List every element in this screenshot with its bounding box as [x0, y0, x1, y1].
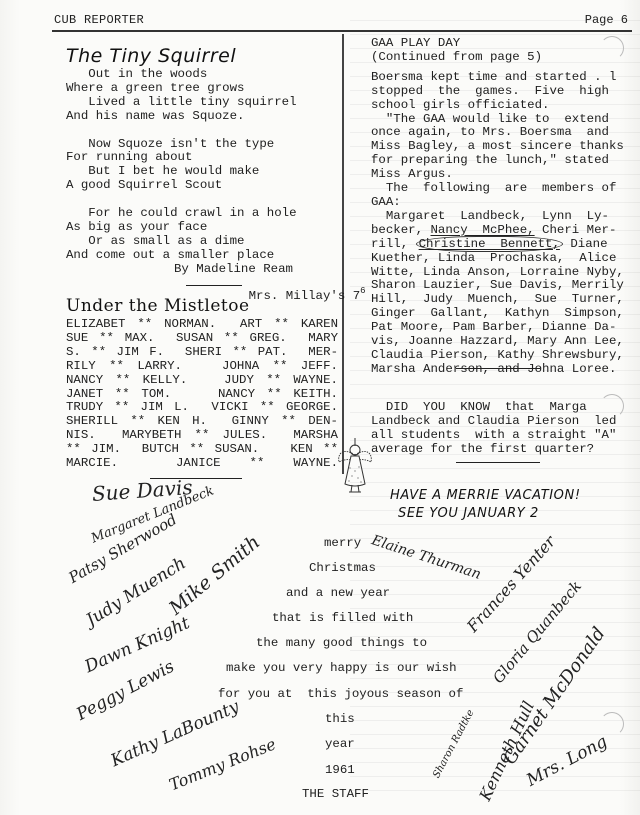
- staff-signoff: THE STAFF: [302, 788, 369, 802]
- squirrel-poem: Out in the woods Where a green tree grow…: [66, 68, 341, 319]
- poem-line: Now Squoze isn't the type: [66, 138, 341, 152]
- mistletoe-title: Under the Mistletoe: [66, 296, 250, 316]
- mistletoe-line: ** JIM. BUTCH ** SUSAN. KEN **: [66, 443, 338, 457]
- mistletoe-line: NANCY ** KELLY. JUDY ** WAYNE.: [66, 374, 338, 388]
- section-rule: [456, 462, 540, 463]
- punch-hole-mark: [600, 36, 624, 60]
- vacation-line-2: SEE YOU JANUARY 2: [390, 505, 581, 523]
- greeting-line: that is filled with: [272, 612, 413, 626]
- greeting-line: year: [325, 738, 355, 752]
- page-number: Page 6: [585, 14, 628, 28]
- gaa-title: GAA PLAY DAY: [371, 37, 619, 51]
- gaa-line: Sharon Lauzier, Sue Davis, Merrily: [371, 279, 619, 293]
- mistletoe-line: RILY ** LARRY. JOHNA ** JEFF.: [66, 360, 338, 374]
- mistletoe-line: JANET ** TOM. NANCY ** KEITH.: [66, 388, 338, 402]
- mistletoe-line: SHERILL ** KEN H. GINNY ** DEN-: [66, 415, 338, 429]
- signature: Mrs. Long: [523, 732, 610, 791]
- gaa-line: GAA:: [371, 196, 619, 210]
- gaa-line: Miss Argus.: [371, 168, 619, 182]
- vacation-line-1: HAVE A MERRIE VACATION!: [390, 487, 581, 505]
- mistletoe-line: SUE ** MAX. SUSAN ** GREG. MARY: [66, 332, 338, 346]
- mistletoe-line: TRUDY ** JIM L. VICKI ** GEORGE.: [66, 401, 338, 415]
- greeting-line: and a new year: [286, 587, 390, 601]
- section-rule: [456, 368, 540, 369]
- dyk-line: average for the first quarter?: [371, 443, 621, 457]
- poem-line: A good Squirrel Scout: [66, 179, 341, 193]
- signature: Elaine Thurman: [370, 532, 483, 582]
- poem-line: Where a green tree grows: [66, 82, 341, 96]
- mistletoe-line: MARCIE. JANICE ** WAYNE.: [66, 457, 338, 471]
- gaa-line: Miss Bagley, a most sincere thanks: [371, 140, 619, 154]
- gaa-continued: (Continued from page 5): [371, 51, 619, 65]
- publication-title: CUB REPORTER: [54, 14, 144, 28]
- vacation-message: HAVE A MERRIE VACATION! SEE YOU JANUARY …: [390, 487, 581, 523]
- poem-line: And his name was Squoze.: [66, 110, 341, 124]
- greeting-line: make you very happy is our wish: [226, 662, 457, 676]
- newsletter-page: CUB REPORTER Page 6 The Tiny Squirrel Ou…: [0, 0, 640, 815]
- poem-line: Lived a little tiny squirrel: [66, 96, 341, 110]
- did-you-know: DID YOU KNOW that Marga Landbeck and Cla…: [371, 401, 621, 457]
- gaa-line-bennett: rill, Christine Bennett, Diane: [371, 238, 619, 252]
- gaa-line: vis, Joanne Hazzard, Mary Ann Lee,: [371, 335, 619, 349]
- gaa-line: for preparing the lunch," stated: [371, 154, 619, 168]
- signature: Sharon Radtke: [431, 708, 476, 780]
- greeting-line: 1961: [325, 764, 355, 778]
- circled-name: Christine Bennett,: [416, 236, 563, 252]
- poem-line: Out in the woods: [66, 68, 341, 82]
- underlined-name: Nancy McPhee,: [431, 223, 535, 237]
- gaa-line: "The GAA would like to extend: [371, 113, 619, 127]
- punch-hole-mark: [600, 394, 624, 418]
- gaa-line: Boersma kept time and started . l: [371, 71, 619, 85]
- gaa-line: Margaret Landbeck, Lynn Ly-: [371, 210, 619, 224]
- poem-class-label: Mrs. Millay's 7: [249, 289, 361, 303]
- mistletoe-line: ELIZABET ** NORMAN. ART ** KAREN: [66, 318, 338, 332]
- greeting-line: Christmas: [309, 562, 376, 576]
- poem-class-superscript: 6: [360, 286, 365, 296]
- gaa-line: once again, to Mrs. Boersma and: [371, 126, 619, 140]
- section-rule: [186, 285, 242, 286]
- poem-line: For he could crawl in a hole: [66, 207, 341, 221]
- punch-hole-mark: [600, 712, 624, 736]
- gaa-line: Pat Moore, Pam Barber, Dianne Da-: [371, 321, 619, 335]
- mistletoe-line: NIS. MARYBETH ** JULES. MARSHA: [66, 429, 338, 443]
- gaa-line: Marsha Anderson, and Johna Loree.: [371, 363, 619, 377]
- greeting-line: merry: [324, 537, 361, 551]
- greeting-line: this: [325, 713, 355, 727]
- gaa-line: school girls officiated.: [371, 99, 619, 113]
- dyk-line: DID YOU KNOW that Marga: [371, 401, 621, 415]
- signature: Tommy Rohse: [166, 734, 278, 794]
- angel-icon: [333, 438, 377, 494]
- mistletoe-list: ELIZABET ** NORMAN. ART ** KAREN SUE ** …: [66, 318, 338, 471]
- header-rule: [52, 30, 632, 32]
- gaa-line: Ginger Gallant, Kathyn Simpson,: [371, 307, 619, 321]
- greeting-line: for you at this joyous season of: [218, 688, 463, 702]
- dyk-line: all students with a straight "A": [371, 429, 621, 443]
- gaa-line: Witte, Linda Anson, Lorraine Nyby,: [371, 266, 619, 280]
- gaa-line: Kuether, Linda Prochaska, Alice: [371, 252, 619, 266]
- gaa-line: stopped the games. Five high: [371, 85, 619, 99]
- gaa-line: Hill, Judy Muench, Sue Turner,: [371, 293, 619, 307]
- poem-line: But I bet he would make: [66, 165, 341, 179]
- poem-line: For running about: [66, 151, 341, 165]
- dyk-line: Landbeck and Claudia Pierson led: [371, 415, 621, 429]
- gaa-line: The following are members of: [371, 182, 619, 196]
- poem-line: Or as small as a dime: [66, 235, 341, 249]
- column-divider: [342, 34, 344, 474]
- mistletoe-line: S. ** JIM F. SHERI ** PAT. MER-: [66, 346, 338, 360]
- poem-line: As big as your face: [66, 221, 341, 235]
- gaa-line: Claudia Pierson, Kathy Shrewsbury,: [371, 349, 619, 363]
- greeting-line: the many good things to: [256, 637, 427, 651]
- gaa-article: GAA PLAY DAY (Continued from page 5) Boe…: [371, 37, 619, 377]
- squirrel-poem-title: The Tiny Squirrel: [66, 45, 236, 67]
- poem-byline: By Madeline Ream: [66, 263, 341, 277]
- poem-line: And come out a smaller place: [66, 249, 341, 263]
